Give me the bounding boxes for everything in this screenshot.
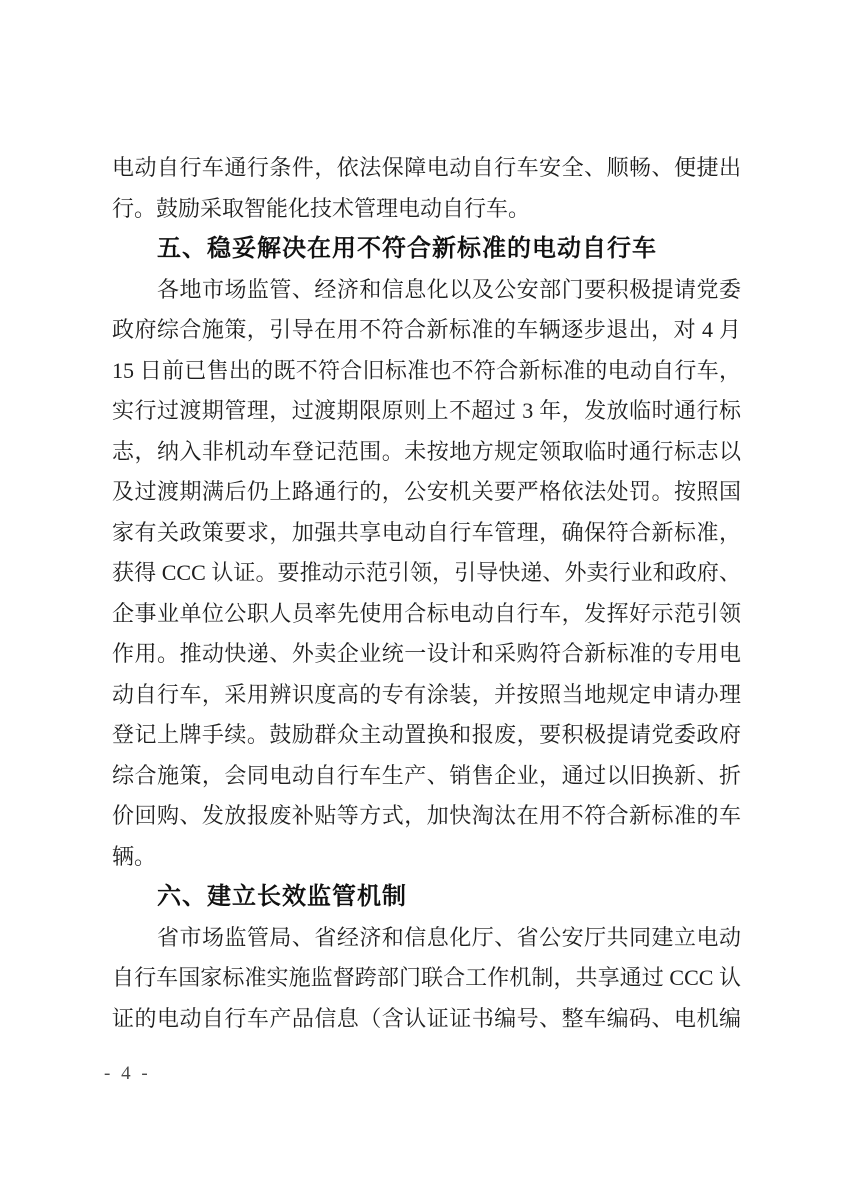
text-line: 综合施策，会同电动自行车生产、销售企业，通过以旧换新、折 (112, 756, 741, 797)
text-line: 登记上牌手续。鼓励群众主动置换和报废，要积极提请党委政府 (112, 715, 741, 756)
text-line: 电动自行车通行条件，依法保障电动自行车安全、顺畅、便捷出 (112, 148, 741, 189)
text-line: 实行过渡期管理，过渡期限原则上不超过 3 年，发放临时通行标 (112, 391, 741, 432)
section-heading: 六、建立长效监管机制 (112, 877, 741, 918)
text-line: 志，纳入非机动车登记范围。未按地方规定领取临时通行标志以 (112, 432, 741, 473)
page-number: - 4 - (104, 1061, 151, 1087)
text-line: 及过渡期满后仍上路通行的，公安机关要严格依法处罚。按照国 (112, 472, 741, 513)
text-line: 证的电动自行车产品信息（含认证证书编号、整车编码、电机编 (112, 999, 741, 1040)
text-line: 行。鼓励采取智能化技术管理电动自行车。 (112, 189, 741, 230)
section-heading: 五、稳妥解决在用不符合新标准的电动自行车 (112, 229, 741, 270)
text-line: 家有关政策要求，加强共享电动自行车管理，确保符合新标准， (112, 513, 741, 554)
document-body: 电动自行车通行条件，依法保障电动自行车安全、顺畅、便捷出行。鼓励采取智能化技术管… (112, 148, 741, 1039)
document-page: 电动自行车通行条件，依法保障电动自行车安全、顺畅、便捷出行。鼓励采取智能化技术管… (0, 0, 849, 1200)
text-line: 各地市场监管、经济和信息化以及公安部门要积极提请党委 (112, 270, 741, 311)
text-line: 动自行车，采用辨识度高的专有涂装，并按照当地规定申请办理 (112, 675, 741, 716)
text-line: 辆。 (112, 837, 741, 878)
text-line: 价回购、发放报废补贴等方式，加快淘汰在用不符合新标准的车 (112, 796, 741, 837)
text-line: 作用。推动快递、外卖企业统一设计和采购符合新标准的专用电 (112, 634, 741, 675)
text-line: 15 日前已售出的既不符合旧标准也不符合新标准的电动自行车， (112, 351, 741, 392)
text-line: 获得 CCC 认证。要推动示范引领，引导快递、外卖行业和政府、 (112, 553, 741, 594)
text-line: 自行车国家标准实施监督跨部门联合工作机制，共享通过 CCC 认 (112, 958, 741, 999)
text-line: 政府综合施策，引导在用不符合新标准的车辆逐步退出，对 4 月 (112, 310, 741, 351)
text-line: 省市场监管局、省经济和信息化厅、省公安厅共同建立电动 (112, 918, 741, 959)
text-line: 企事业单位公职人员率先使用合标电动自行车，发挥好示范引领 (112, 594, 741, 635)
